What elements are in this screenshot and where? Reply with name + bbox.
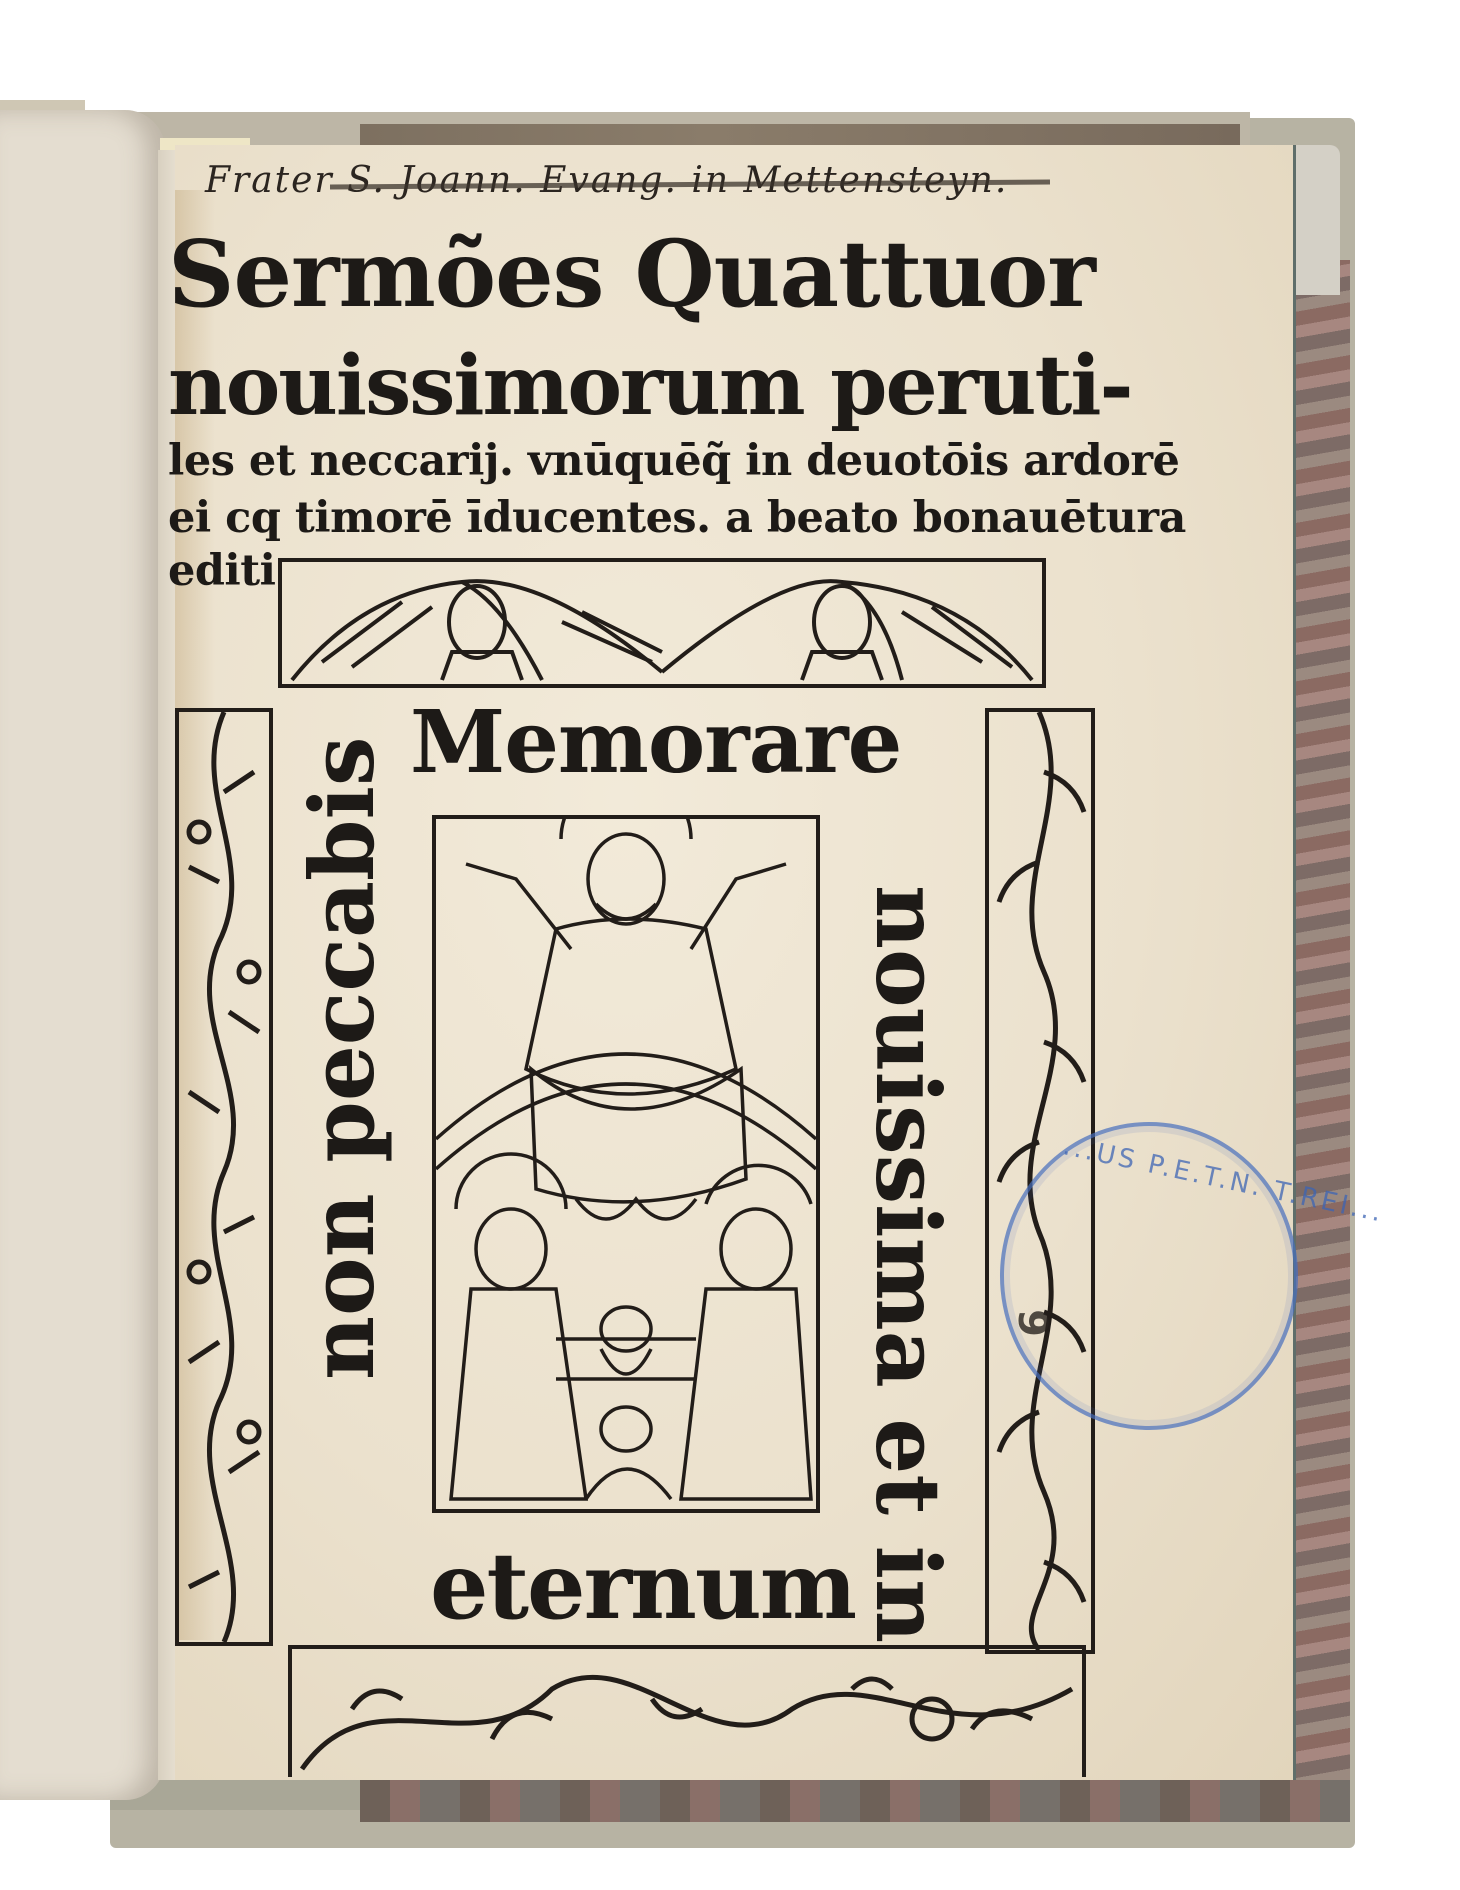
christ-in-judgement-icon <box>436 819 816 1509</box>
title-line-4: ei cq timorē īducentes. a beato bonauētu… <box>168 497 1186 540</box>
vertical-text-left: non peccabis <box>298 737 386 1381</box>
angels-icon <box>282 562 1042 684</box>
left-foliage-border <box>175 708 273 1646</box>
vertical-text-right: nouissima et in <box>864 885 952 1643</box>
title-line-1: Sermões Quattuor <box>168 228 1095 320</box>
stamp-number: 9 <box>1009 1309 1055 1337</box>
title-line-3: les et neccarij. vnūquēq̃ in deuotōis ar… <box>168 440 1179 483</box>
bottom-foliage-border <box>288 1645 1086 1777</box>
foliage-icon <box>292 1649 1082 1777</box>
eternum-text: eternum <box>430 1540 855 1632</box>
left-flyleaf <box>0 110 165 1800</box>
title-line-5: editi <box>168 550 275 593</box>
memorare-heading: Memorare <box>410 700 901 786</box>
title-line-2: nouissimorum peruti- <box>168 345 1132 427</box>
bottom-marbled-board <box>360 1780 1350 1822</box>
last-judgement-woodcut <box>432 815 820 1513</box>
foliage-icon <box>179 712 269 1642</box>
angels-woodcut <box>278 558 1046 688</box>
marbled-cover-edge <box>1290 260 1350 1820</box>
